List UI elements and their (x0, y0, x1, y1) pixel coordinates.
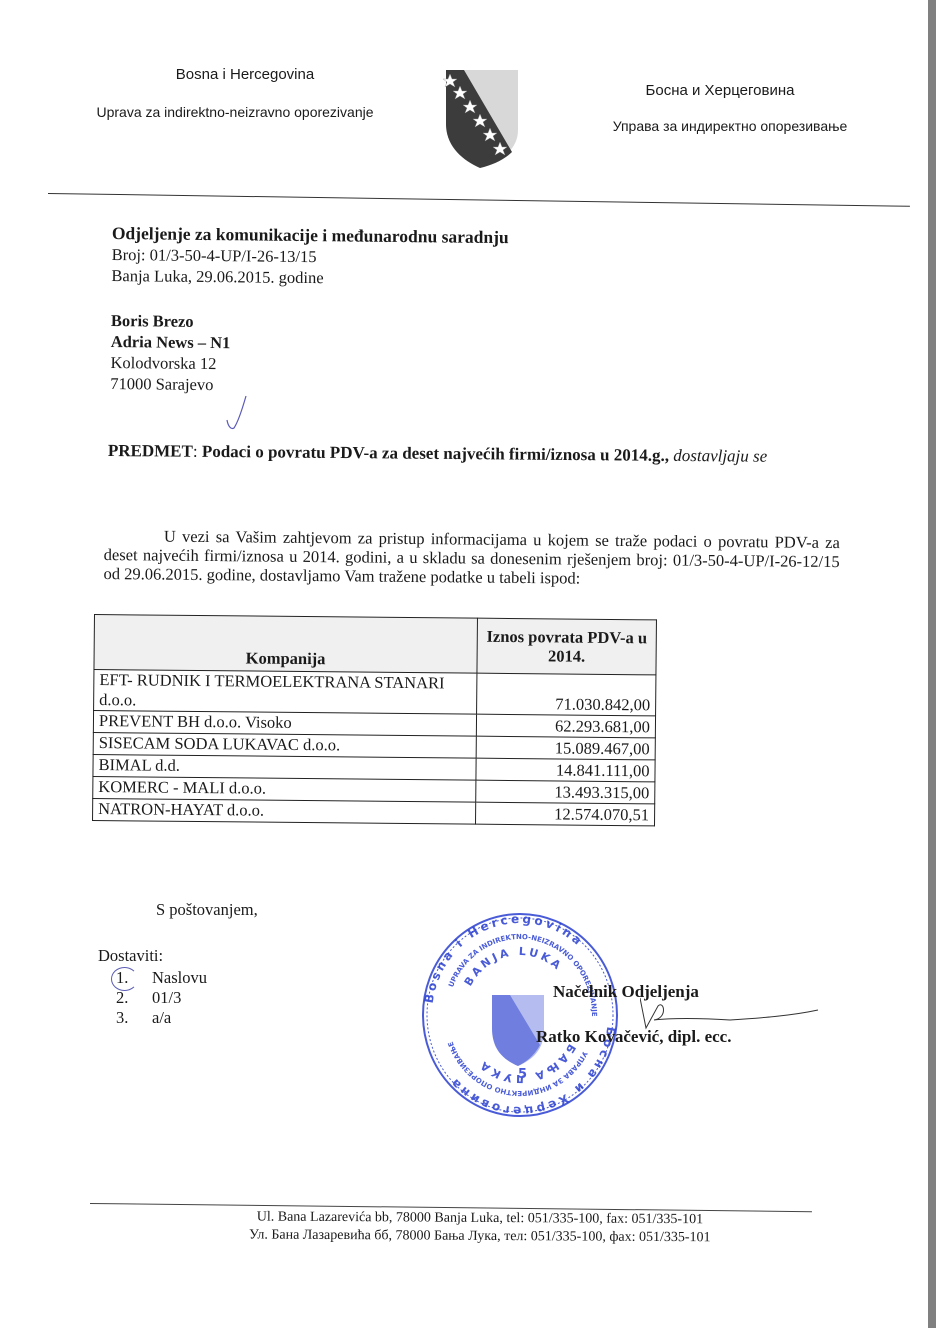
column-header-company: Kompanija (94, 615, 478, 674)
amount-cell: 71.030.842,00 (477, 673, 656, 716)
list-item: 1. Naslovu (98, 968, 207, 988)
distribution-label: Dostaviti: (98, 946, 207, 966)
item-text: a/a (152, 1008, 171, 1028)
company-cell: EFT- RUDNIK I TERMOELEKTRANA STANARI d.o… (94, 670, 477, 715)
subject-title: Podaci o povratu PDV-a za deset najvećih… (202, 442, 669, 465)
column-header-amount: Iznos povrata PDV-a u 2014. (477, 618, 657, 675)
amount-cell: 62.293.681,00 (476, 714, 655, 738)
list-item: 2. 01/3 (98, 988, 207, 1008)
table-row: EFT- RUDNIK I TERMOELEKTRANA STANARI d.o… (94, 670, 656, 716)
item-text: 01/3 (152, 988, 181, 1008)
recipient-address: Boris Brezo Adria News – N1 Kolodvorska … (110, 310, 846, 402)
closing-salutation: S poštovanjem, (156, 900, 258, 920)
table-row: NATRON-HAYAT d.o.o. 12.574.070,51 (93, 798, 655, 825)
country-name-latin: Bosna i Hercegovina (80, 66, 410, 83)
amount-cell: 13.493.315,00 (476, 780, 655, 804)
svg-text:5: 5 (518, 1067, 527, 1082)
list-item: 3. a/a (98, 1008, 207, 1028)
body-paragraph: U vezi sa Vašim zahtjevom za pristup inf… (103, 526, 840, 590)
vat-refund-table: Kompanija Iznos povrata PDV-a u 2014. EF… (92, 614, 657, 826)
letter-header: Odjeljenje za komunikacije i međunarodnu… (110, 222, 847, 402)
country-name-cyrillic: Босна и Херцеговина (560, 82, 880, 99)
item-text: Naslovu (152, 968, 207, 988)
letterhead-latin: Bosna i Hercegovina Uprava za indirektno… (60, 66, 410, 120)
handwritten-checkmark-icon (224, 392, 248, 432)
footer-address: Ul. Bana Lazarevića bb, 78000 Banja Luka… (170, 1208, 790, 1248)
official-seal-icon: Bosna i Hercegovina Босна и Херцеговина … (420, 910, 620, 1120)
scanned-letter: Bosna i Hercegovina Uprava za indirektno… (0, 0, 928, 1328)
distribution-list: Dostaviti: 1. Naslovu 2. 01/3 3. a/a (98, 946, 207, 1028)
subject-line: PREDMET: Podaci o povratu PDV-a za deset… (108, 440, 848, 467)
subject-suffix: dostavljaju se (673, 446, 767, 466)
amount-cell: 15.089.467,00 (476, 736, 655, 760)
item-number: 2. (116, 988, 136, 1008)
letterhead-divider (48, 193, 910, 207)
letterhead-cyrillic: Босна и Херцеговина Управа за индиректно… (580, 82, 880, 134)
amount-cell: 12.574.070,51 (476, 802, 655, 826)
agency-name-latin: Uprava za indirektno-neizravno oporeziva… (60, 104, 410, 120)
item-number: 3. (116, 1008, 136, 1028)
scan-edge-strip (928, 0, 936, 1328)
amount-cell: 14.841.111,00 (476, 758, 655, 782)
company-cell: NATRON-HAYAT d.o.o. (93, 798, 476, 824)
agency-name-cyrillic: Управа за индиректно опорезивање (580, 118, 880, 134)
bih-coat-of-arms-icon (440, 68, 520, 170)
subject-label: PREDMET (108, 441, 193, 461)
handwritten-signature-icon (640, 988, 820, 1038)
footer-address-cyrillic: Ул. Бана Лазаревића бб, 78000 Бања Лука,… (170, 1226, 790, 1248)
